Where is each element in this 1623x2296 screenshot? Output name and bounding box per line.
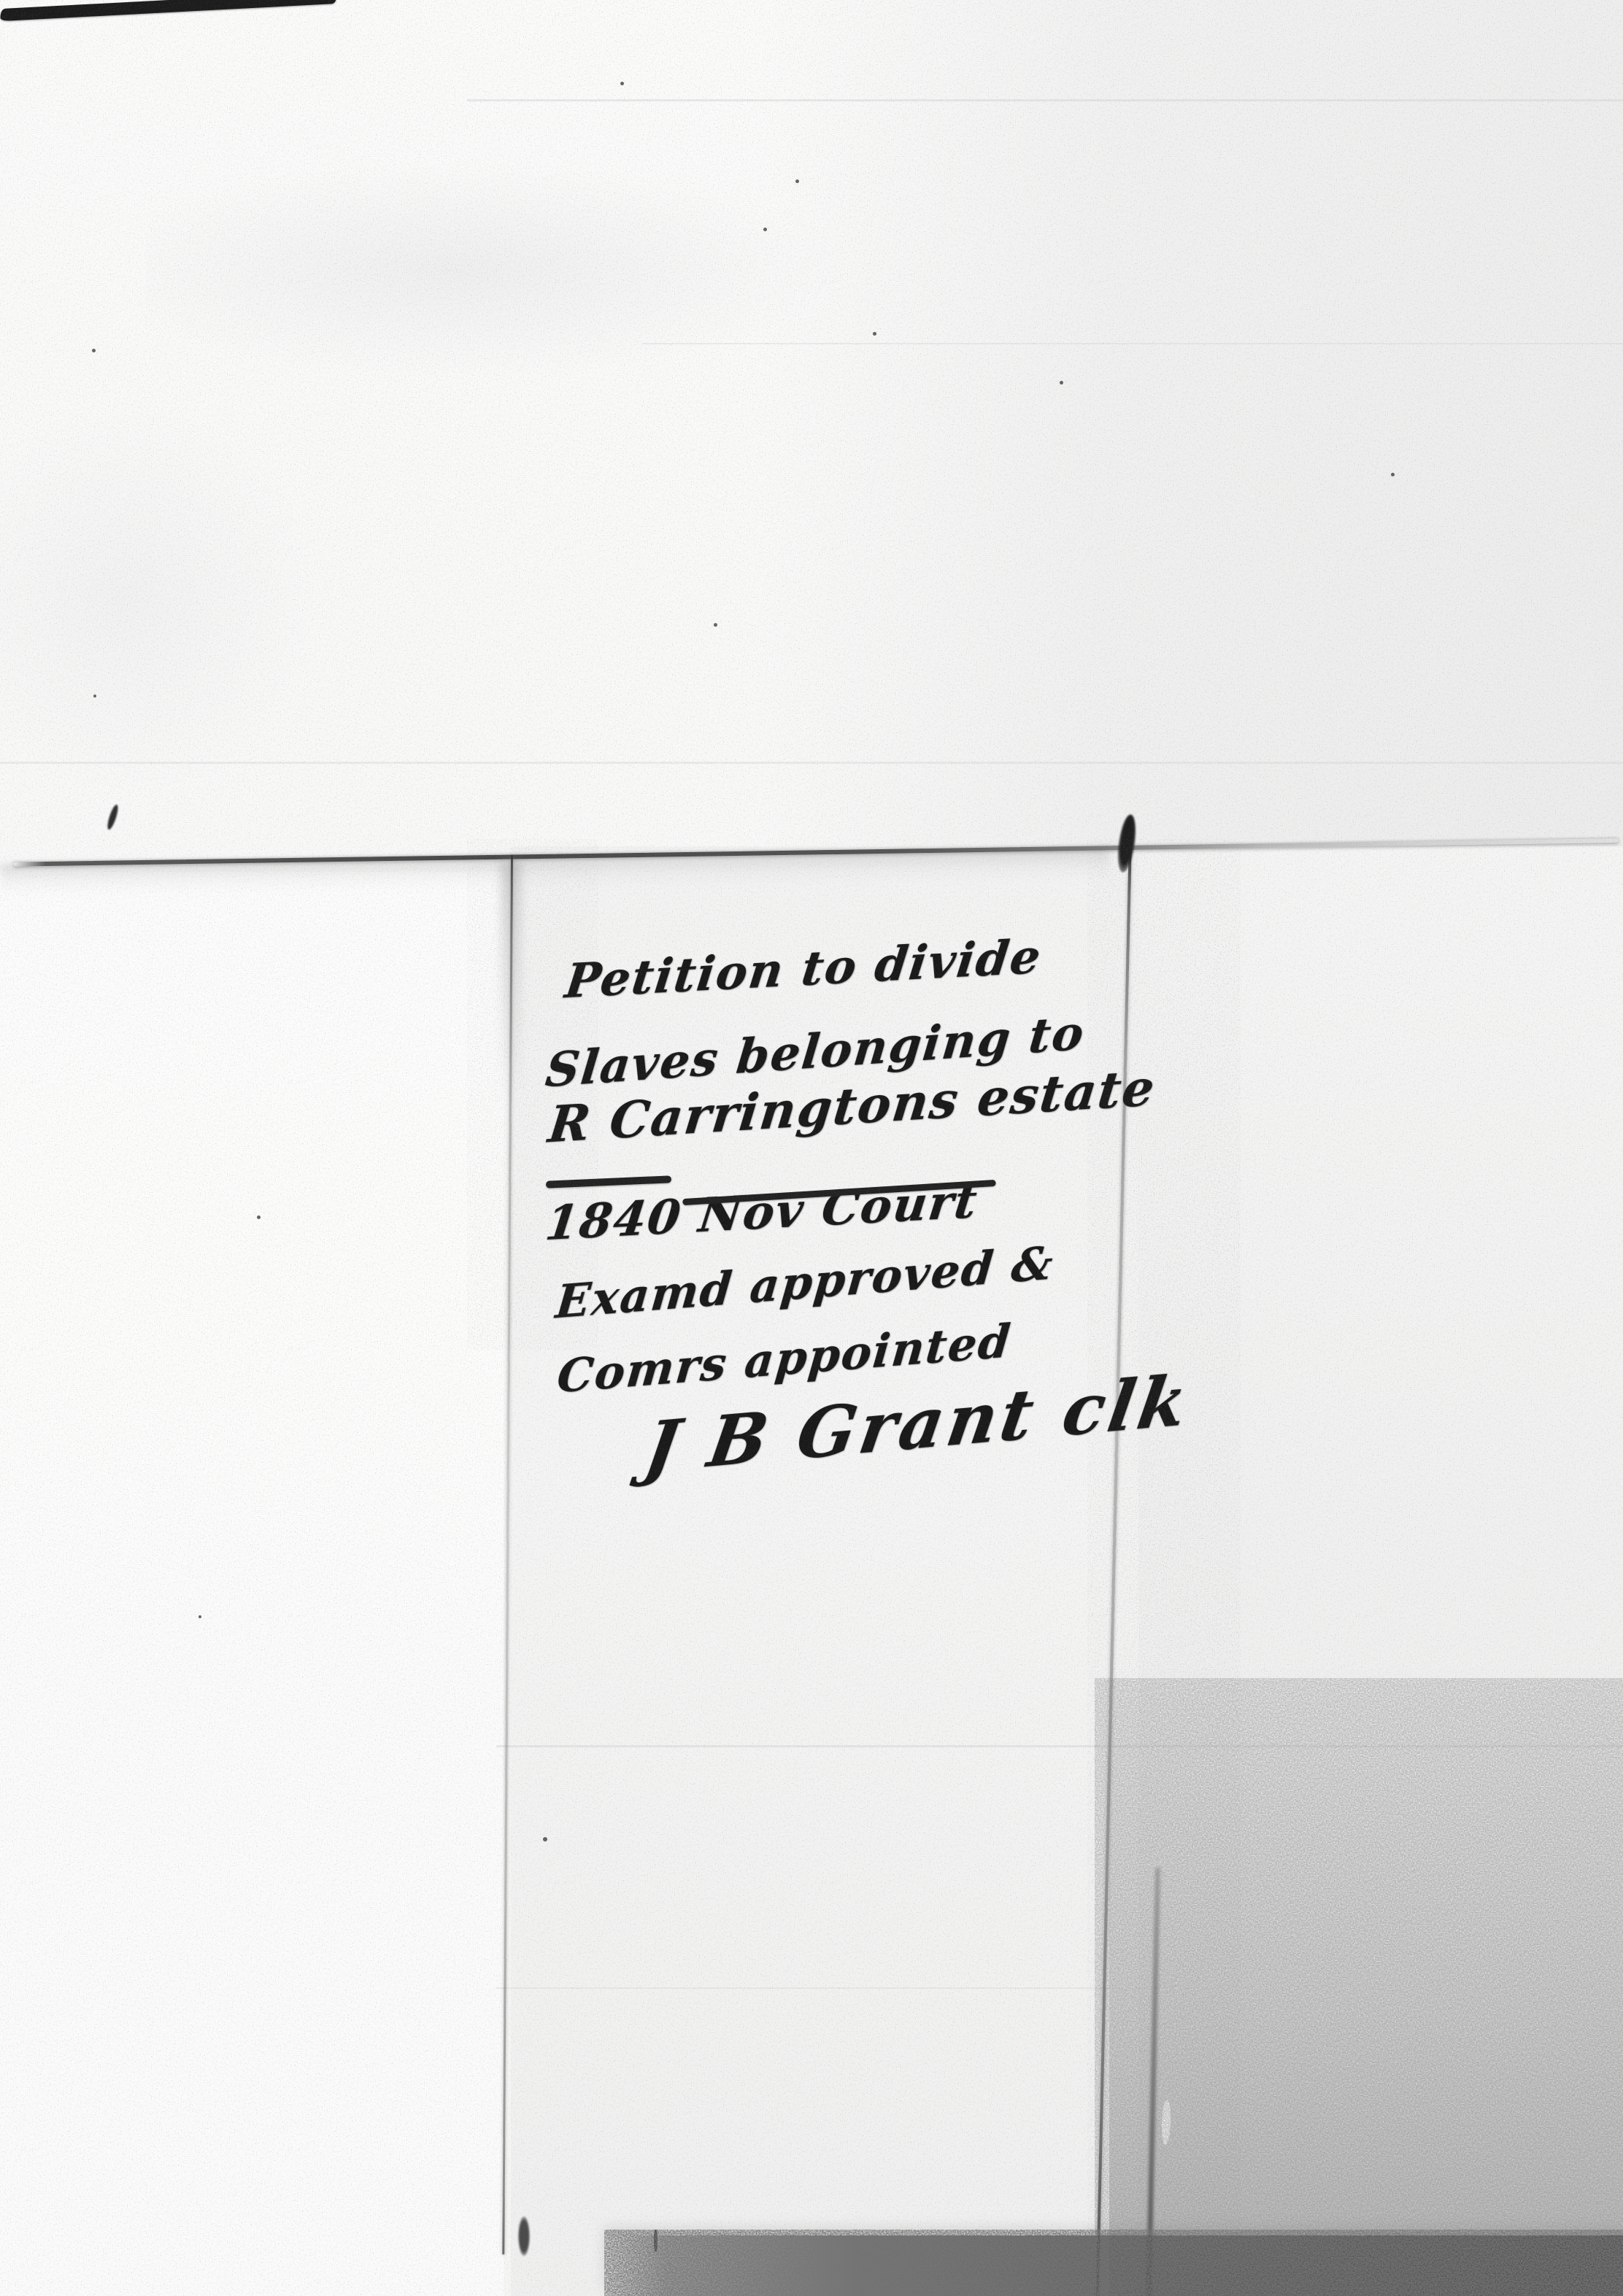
- paper-shade-bottom-right: [1109, 1663, 1623, 2296]
- paper-speck: [93, 695, 96, 697]
- paper-speck: [1060, 381, 1063, 384]
- scan-edge-dark-band: [604, 2235, 1623, 2296]
- paper-shade-left-margin: [0, 872, 504, 2296]
- stray-ink-tick: [106, 803, 120, 830]
- paper-speck: [795, 179, 799, 183]
- paper-shade-top-right: [759, 0, 1623, 846]
- paper-speck: [873, 332, 876, 336]
- paper-speck: [1391, 473, 1395, 476]
- scan-streak: [496, 1745, 1623, 1747]
- paper-speck: [763, 228, 767, 231]
- paper-speck: [620, 82, 624, 85]
- paper-shade-mid-left: [0, 409, 314, 788]
- left-fold-ink-blob: [518, 2216, 530, 2256]
- paper-speck: [257, 1215, 261, 1219]
- signature-flourish: [0, 0, 337, 21]
- paper-speck: [714, 623, 717, 627]
- scan-streak: [0, 762, 1623, 764]
- scan-streak: [642, 343, 1623, 344]
- paper-speck: [543, 1837, 547, 1841]
- scanned-document-page: Petition to divide Slaves belonging to R…: [0, 0, 1623, 2296]
- paper-speck: [92, 349, 96, 352]
- paper-speck: [198, 1615, 201, 1618]
- paper-shade-top-patch: [146, 161, 839, 379]
- scan-streak: [467, 99, 1623, 101]
- scan-streak: [496, 1987, 1175, 1989]
